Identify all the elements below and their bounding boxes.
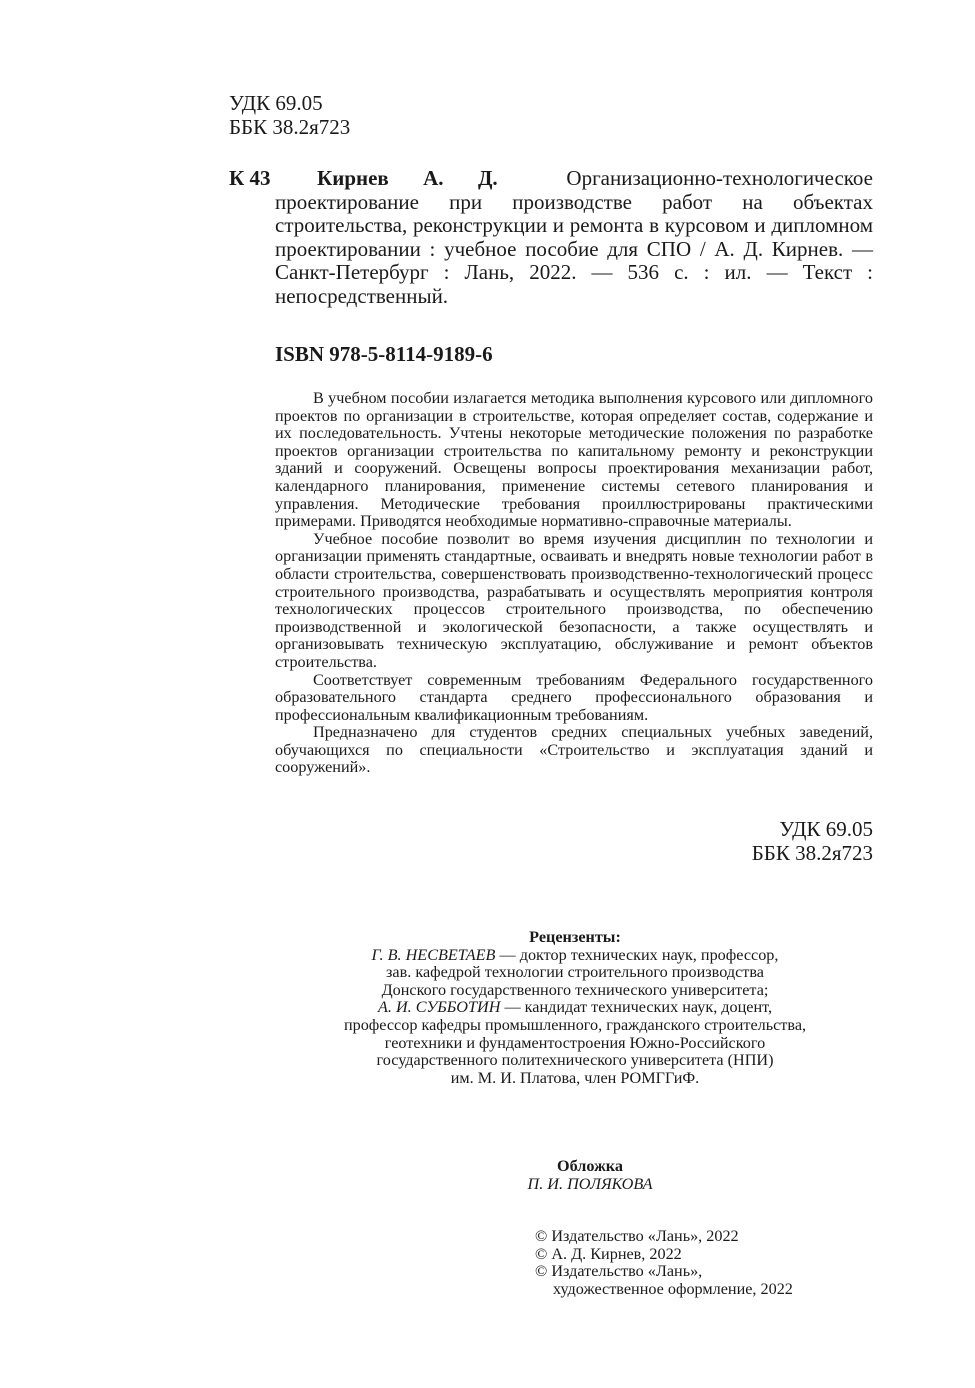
udk-code: УДК 69.05 <box>600 818 873 842</box>
reviewers-heading: Рецензенты: <box>275 929 875 947</box>
reviewer-line: государственного политехнического универ… <box>275 1052 875 1070</box>
bbk-code: ББК 38.2я723 <box>600 842 873 866</box>
abstract: В учебном пособии излагается методика вы… <box>275 390 873 777</box>
abstract-paragraph: Предназначено для студентов средних спец… <box>275 724 873 777</box>
reviewer-name: Г. В. НЕСВЕТАЕВ <box>372 946 496 964</box>
copyright-line: © Издательство «Лань», <box>535 1263 793 1281</box>
reviewer-line: Донского государственного технического у… <box>275 982 875 1000</box>
abstract-paragraph: Учебное пособие позволит во время изучен… <box>275 531 873 672</box>
reviewer-line: Г. В. НЕСВЕТАЕВ — доктор технических нау… <box>275 947 875 965</box>
reviewer-line: профессор кафедры промышленного, граждан… <box>275 1017 875 1035</box>
cover-heading: Обложка <box>480 1158 700 1176</box>
reviewer-name: А. И. СУББОТИН <box>378 998 500 1016</box>
reviewers-block: Рецензенты: Г. В. НЕСВЕТАЕВ — доктор тех… <box>275 929 875 1087</box>
udk-bbk-header: УДК 69.05 ББК 38.2я723 <box>229 92 350 139</box>
reviewer-line: зав. кафедрой технологии строительного п… <box>275 964 875 982</box>
reviewer-text: — кандидат технических наук, доцент, <box>500 998 772 1016</box>
abstract-paragraph: Соответствует современным требованиям Фе… <box>275 672 873 725</box>
reviewer-line: геотехники и фундаментостроения Южно-Рос… <box>275 1035 875 1053</box>
cover-designer: П. И. ПОЛЯКОВА <box>480 1176 700 1194</box>
reviewer-line: А. И. СУББОТИН — кандидат технических на… <box>275 999 875 1017</box>
isbn: ISBN 978-5-8114-9189-6 <box>275 343 493 367</box>
udk-bbk-footer: УДК 69.05 ББК 38.2я723 <box>600 818 873 865</box>
author-sign: К 43 <box>229 167 270 191</box>
copyright-line: © Издательство «Лань», 2022 <box>535 1228 793 1246</box>
copyright-line: © А. Д. Кирнев, 2022 <box>535 1246 793 1264</box>
author-name: Кирнев А. Д. <box>317 166 498 190</box>
cover-credit: Обложка П. И. ПОЛЯКОВА <box>480 1158 700 1193</box>
bbk-code: ББК 38.2я723 <box>229 116 350 140</box>
bibliographic-record: Кирнев А. Д. Организационно-технологичес… <box>275 167 873 308</box>
copyright-line: художественное оформление, 2022 <box>535 1281 793 1299</box>
copyright-block: © Издательство «Лань», 2022 © А. Д. Кирн… <box>535 1228 793 1298</box>
reviewer-line: им. М. И. Платова, член РОМГГиФ. <box>275 1070 875 1088</box>
reviewer-text: — доктор технических наук, профессор, <box>495 946 778 964</box>
udk-code: УДК 69.05 <box>229 92 350 116</box>
abstract-paragraph: В учебном пособии излагается методика вы… <box>275 390 873 531</box>
